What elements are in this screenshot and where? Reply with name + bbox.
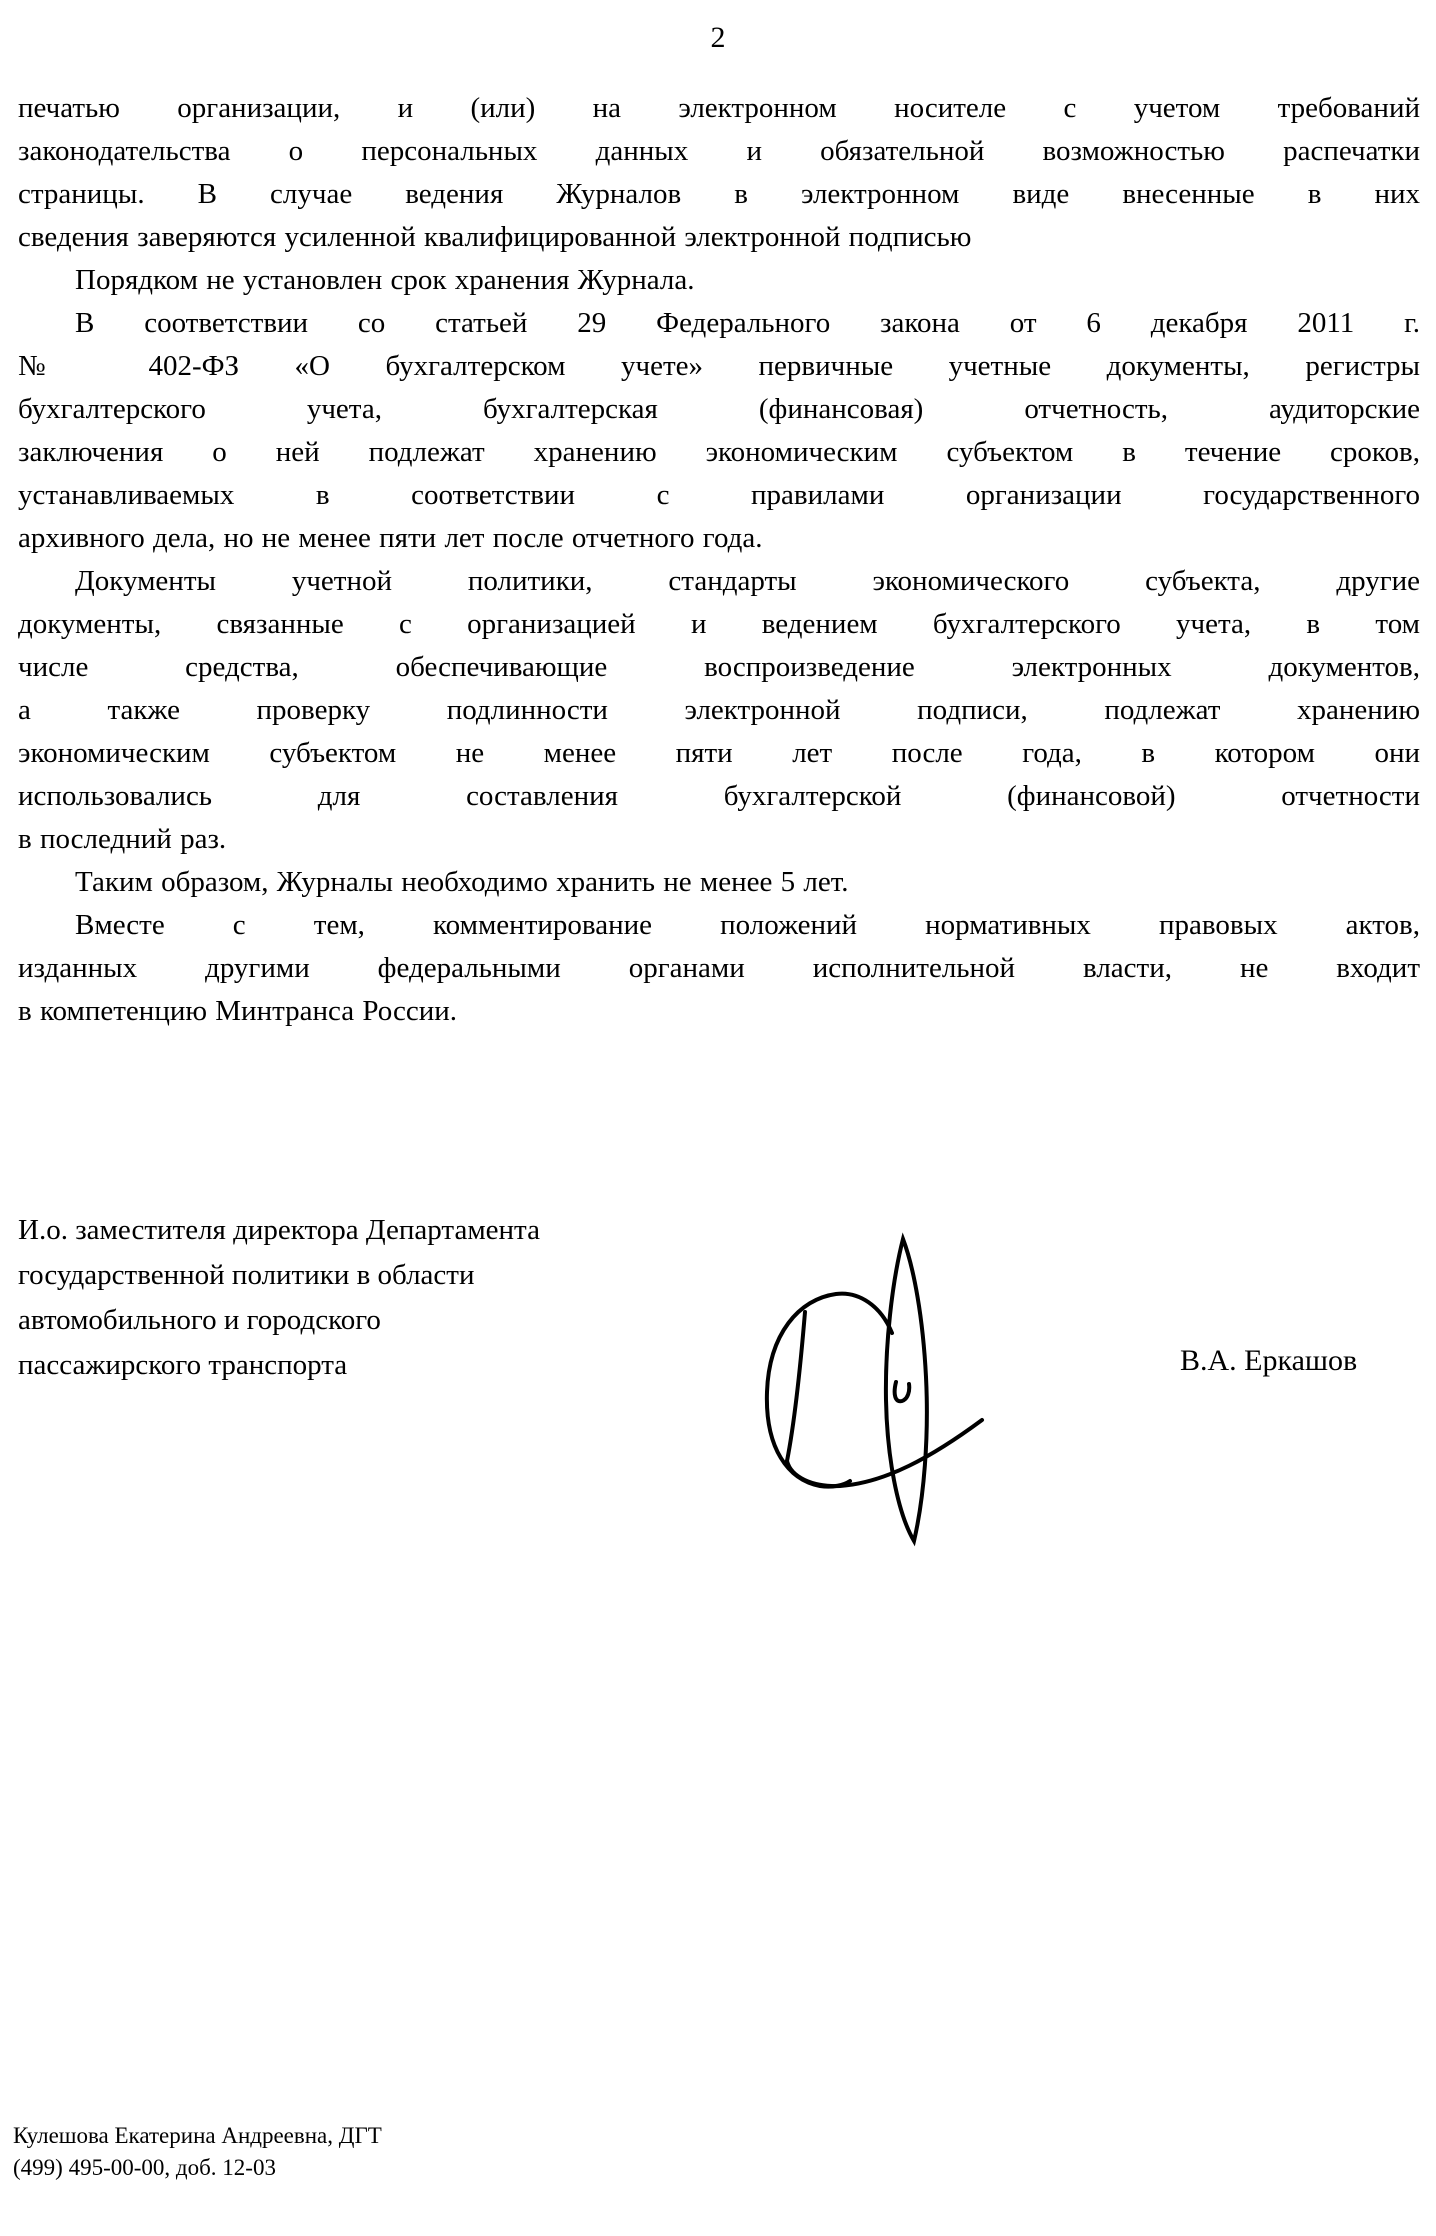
text-line: В соответствии со статьей 29 Федеральног… bbox=[18, 302, 1420, 345]
text-line: а также проверку подлинности электронной… bbox=[18, 689, 1420, 732]
text-line: заключения о ней подлежат хранению эконо… bbox=[18, 431, 1420, 474]
text-line: архивного дела, но не менее пяти лет пос… bbox=[18, 517, 1420, 560]
text-line: Документы учетной политики, стандарты эк… bbox=[18, 560, 1420, 603]
handwritten-signature-icon bbox=[758, 1228, 995, 1555]
text-line: Порядком не установлен срок хранения Жур… bbox=[18, 259, 1420, 302]
signer-title-line: пассажирского транспорта bbox=[18, 1343, 638, 1388]
text-line: законодательства о персональных данных и… bbox=[18, 130, 1420, 173]
text-line: документы, связанные с организацией и ве… bbox=[18, 603, 1420, 646]
signer-title-line: И.о. заместителя директора Департамента bbox=[18, 1208, 638, 1253]
text-line: Вместе с тем, комментирование положений … bbox=[18, 904, 1420, 947]
document-page: 2 печатью организации, и (или) на электр… bbox=[0, 0, 1436, 2236]
text-line: № 402-ФЗ «О бухгалтерском учете» первичн… bbox=[18, 345, 1420, 388]
signer-title: И.о. заместителя директора Департаментаг… bbox=[18, 1208, 638, 1388]
contact-line: (499) 495-00-00, доб. 12-03 bbox=[13, 2152, 382, 2184]
text-line: устанавливаемых в соответствии с правила… bbox=[18, 474, 1420, 517]
text-line: страницы. В случае ведения Журналов в эл… bbox=[18, 173, 1420, 216]
executor-contact: Кулешова Екатерина Андреевна, ДГТ(499) 4… bbox=[13, 2120, 382, 2184]
signer-name: В.А. Еркашов bbox=[1180, 1339, 1420, 1382]
text-line: Таким образом, Журналы необходимо хранит… bbox=[18, 861, 1420, 904]
signer-title-line: автомобильного и городского bbox=[18, 1298, 638, 1343]
text-line: использовались для составления бухгалтер… bbox=[18, 775, 1420, 818]
text-line: в последний раз. bbox=[18, 818, 1420, 861]
page-number: 2 bbox=[0, 20, 1436, 56]
text-line: печатью организации, и (или) на электрон… bbox=[18, 87, 1420, 130]
contact-line: Кулешова Екатерина Андреевна, ДГТ bbox=[13, 2120, 382, 2152]
signer-title-line: государственной политики в области bbox=[18, 1253, 638, 1298]
text-line: числе средства, обеспечивающие воспроизв… bbox=[18, 646, 1420, 689]
letter-body: печатью организации, и (или) на электрон… bbox=[18, 87, 1420, 1033]
text-line: сведения заверяются усиленной квалифицир… bbox=[18, 216, 1420, 259]
text-line: бухгалтерского учета, бухгалтерская (фин… bbox=[18, 388, 1420, 431]
text-line: в компетенцию Минтранса России. bbox=[18, 990, 1420, 1033]
text-line: изданных другими федеральными органами и… bbox=[18, 947, 1420, 990]
text-line: экономическим субъектом не менее пяти ле… bbox=[18, 732, 1420, 775]
